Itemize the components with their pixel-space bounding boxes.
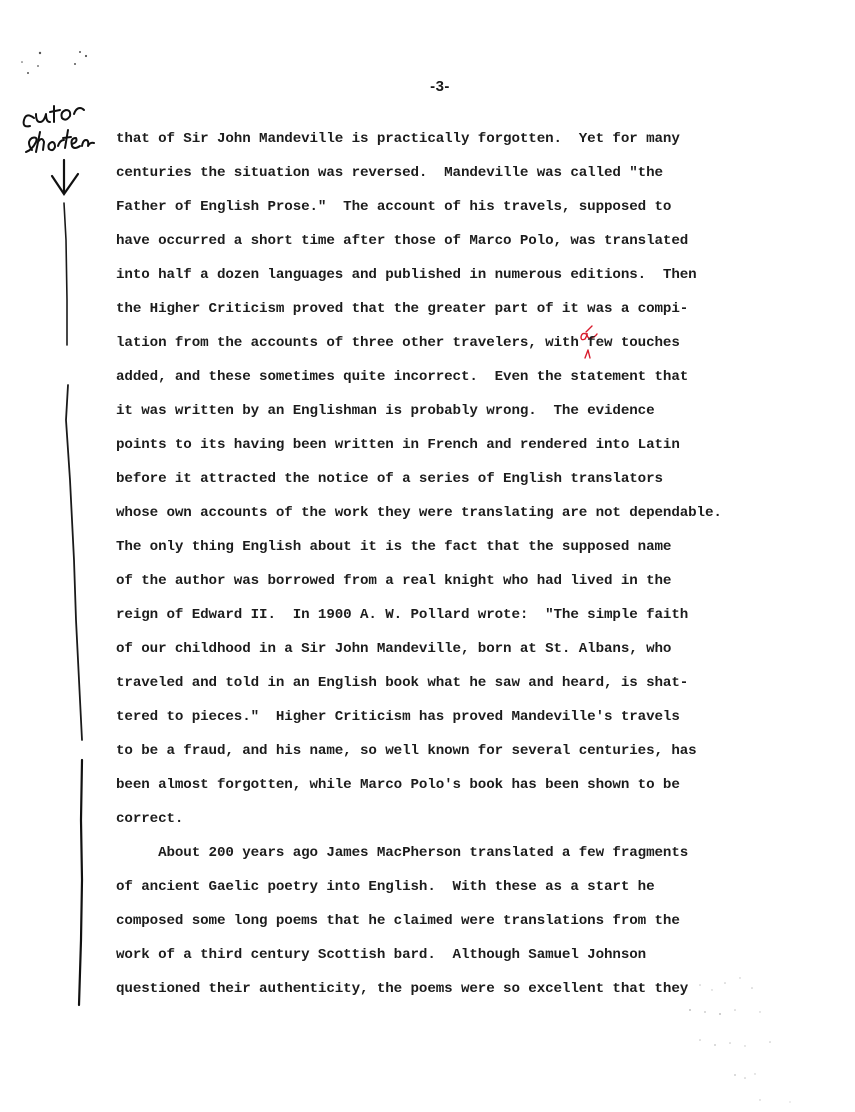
- document-page: -3-: [0, 0, 855, 1112]
- handwritten-cut-or-shorten: [14, 80, 124, 210]
- text-line: of ancient Gaelic poetry into English. W…: [116, 878, 655, 896]
- text-line: added, and these sometimes quite incorre…: [116, 368, 688, 386]
- text-line: of the author was borrowed from a real k…: [116, 572, 671, 590]
- text-line: that of Sir John Mandeville is practical…: [116, 130, 680, 148]
- text-line: centuries the situation was reversed. Ma…: [116, 164, 663, 182]
- text-line: been almost forgotten, while Marco Polo'…: [116, 776, 680, 794]
- text-line: lation from the accounts of three other …: [116, 334, 680, 352]
- text-line: it was written by an Englishman is proba…: [116, 402, 655, 420]
- text-line: of our childhood in a Sir John Mandevill…: [116, 640, 671, 658]
- text-line: whose own accounts of the work they were…: [116, 504, 722, 522]
- text-line: traveled and told in an English book wha…: [116, 674, 688, 692]
- text-line: questioned their authenticity, the poems…: [116, 980, 688, 998]
- page-number: -3-: [0, 78, 855, 95]
- text-line: reign of Edward II. In 1900 A. W. Pollar…: [116, 606, 688, 624]
- text-line: tered to pieces." Higher Criticism has p…: [116, 708, 680, 726]
- text-line: into half a dozen languages and publishe…: [116, 266, 697, 284]
- text-line: before it attracted the notice of a seri…: [116, 470, 663, 488]
- text-line: Father of English Prose." The account of…: [116, 198, 671, 216]
- margin-annotation: [14, 80, 124, 210]
- text-line: work of a third century Scottish bard. A…: [116, 946, 646, 964]
- text-line: points to its having been written in Fre…: [116, 436, 680, 454]
- text-line: composed some long poems that he claimed…: [116, 912, 680, 930]
- text-line: the Higher Criticism proved that the gre…: [116, 300, 688, 318]
- text-line: The only thing English about it is the f…: [116, 538, 671, 556]
- text-line: correct.: [116, 810, 183, 828]
- text-line: have occurred a short time after those o…: [116, 232, 688, 250]
- text-line: to be a fraud, and his name, so well kno…: [116, 742, 697, 760]
- text-line: About 200 years ago James MacPherson tra…: [116, 844, 688, 862]
